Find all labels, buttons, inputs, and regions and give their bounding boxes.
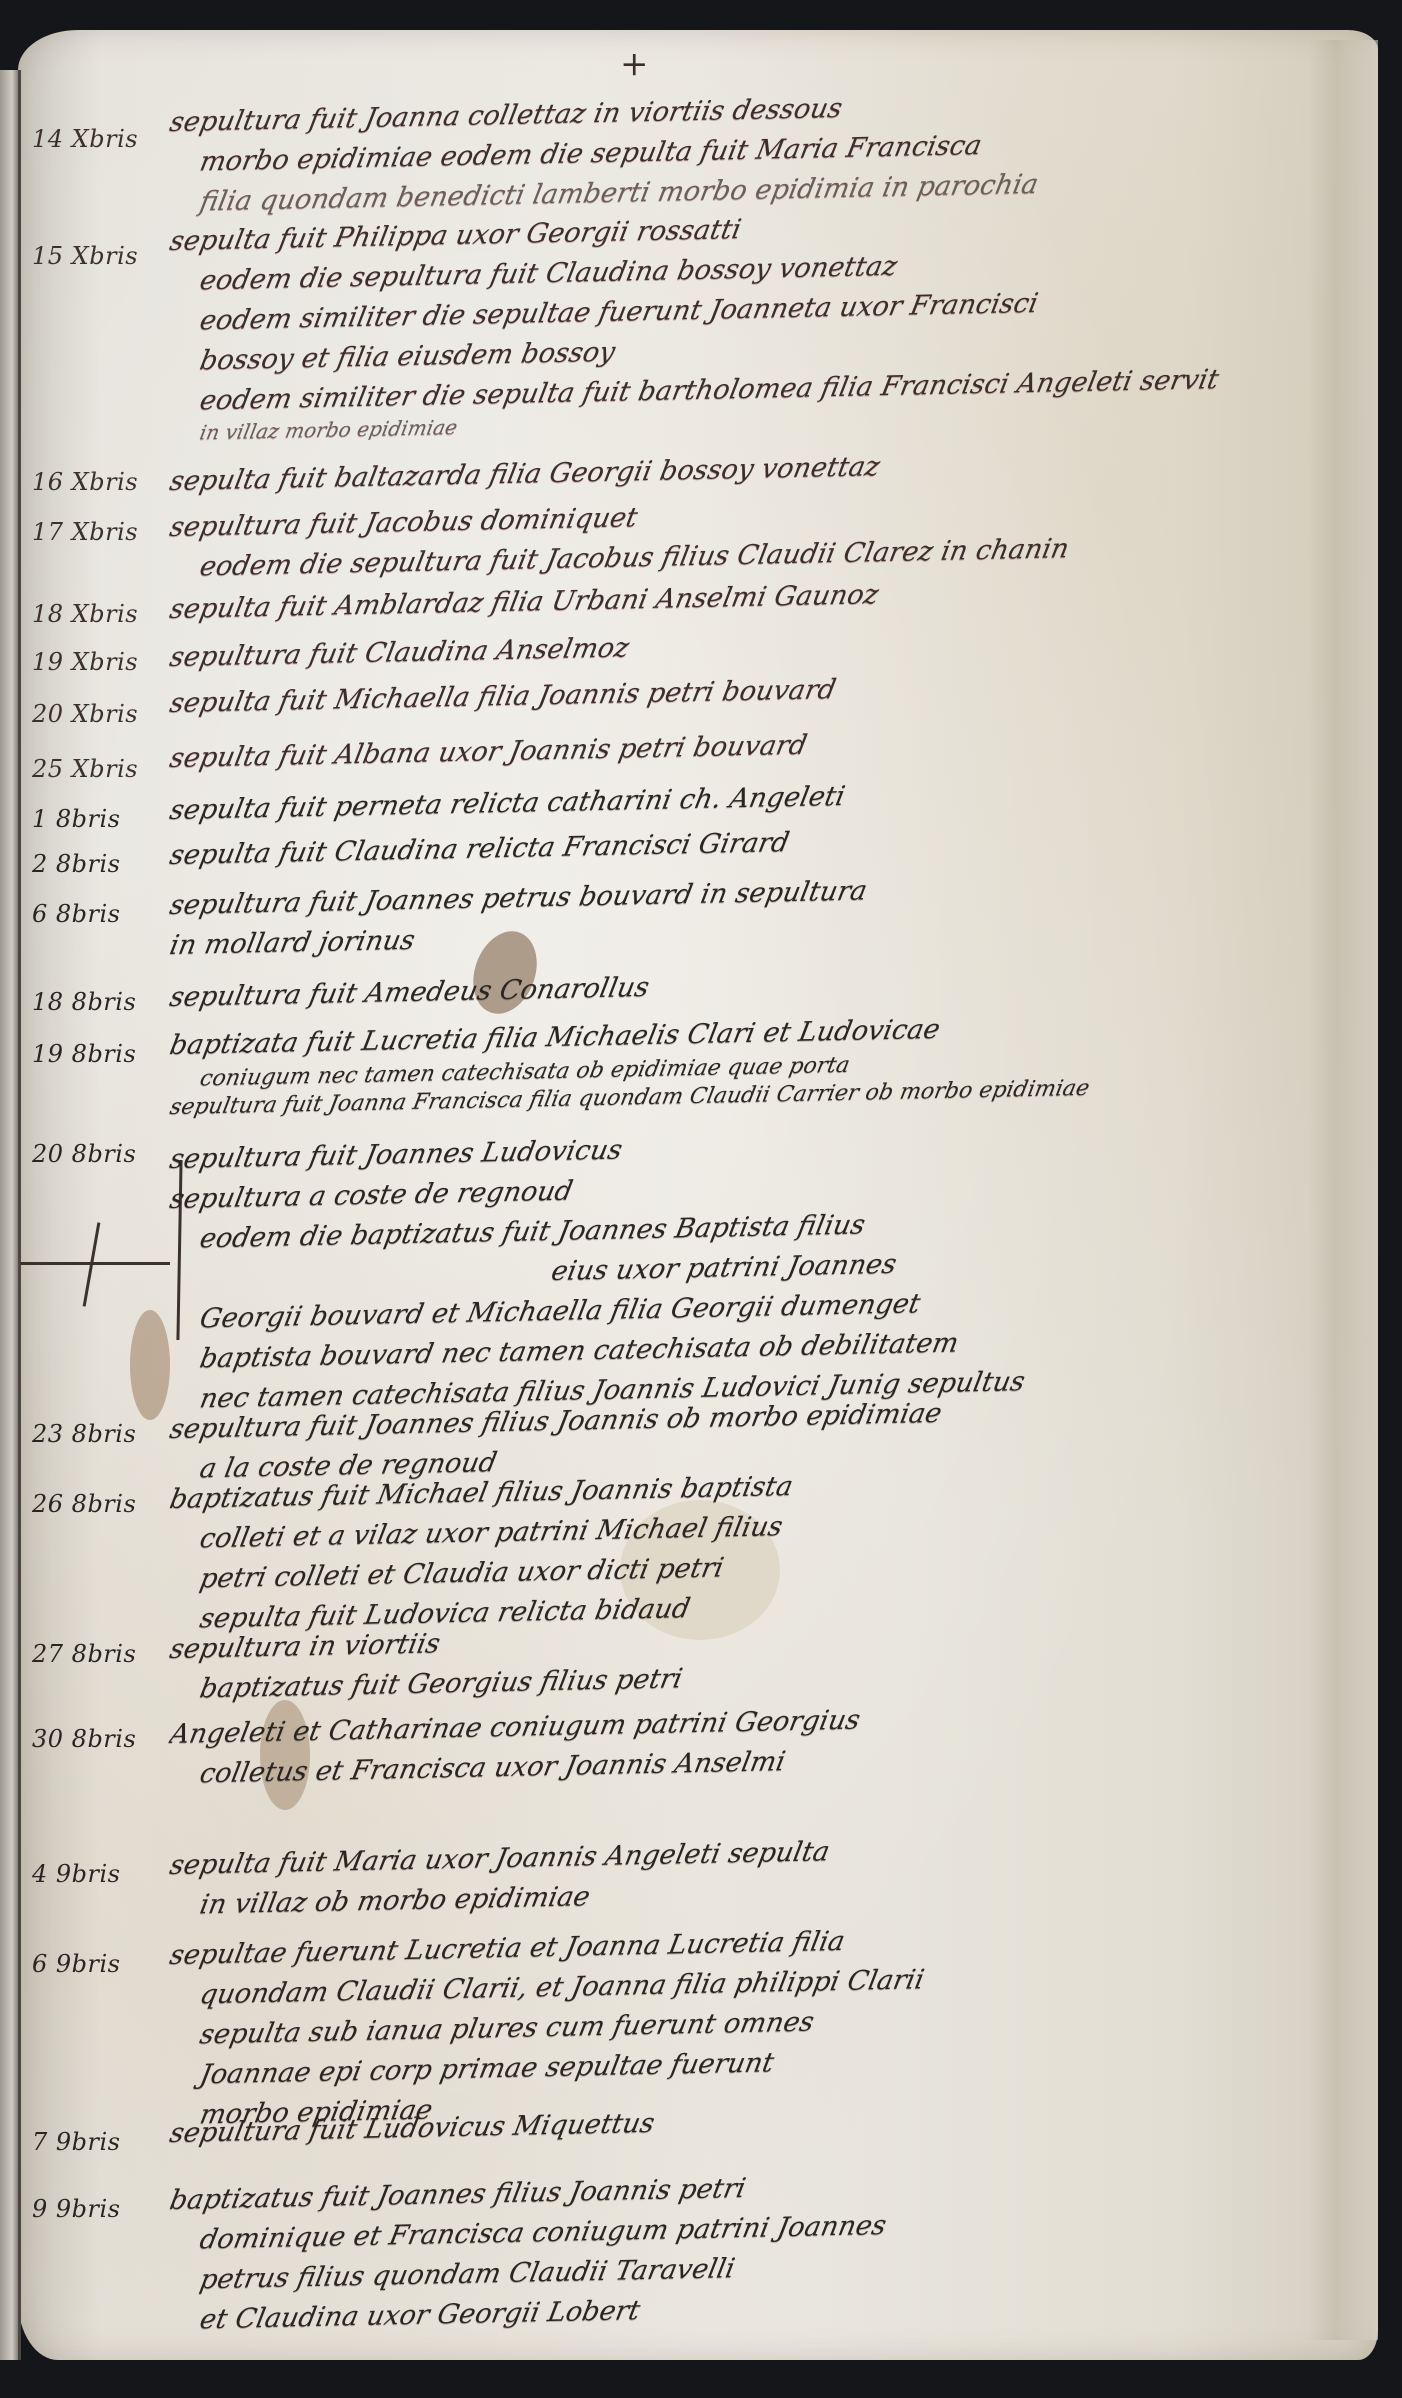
binding-gutter: [18, 70, 21, 2360]
margin-cross-icon: [20, 1262, 170, 1265]
cross-mark-icon: +: [620, 44, 649, 84]
water-stain: [130, 1310, 170, 1420]
facing-page-edge: [0, 70, 20, 2360]
